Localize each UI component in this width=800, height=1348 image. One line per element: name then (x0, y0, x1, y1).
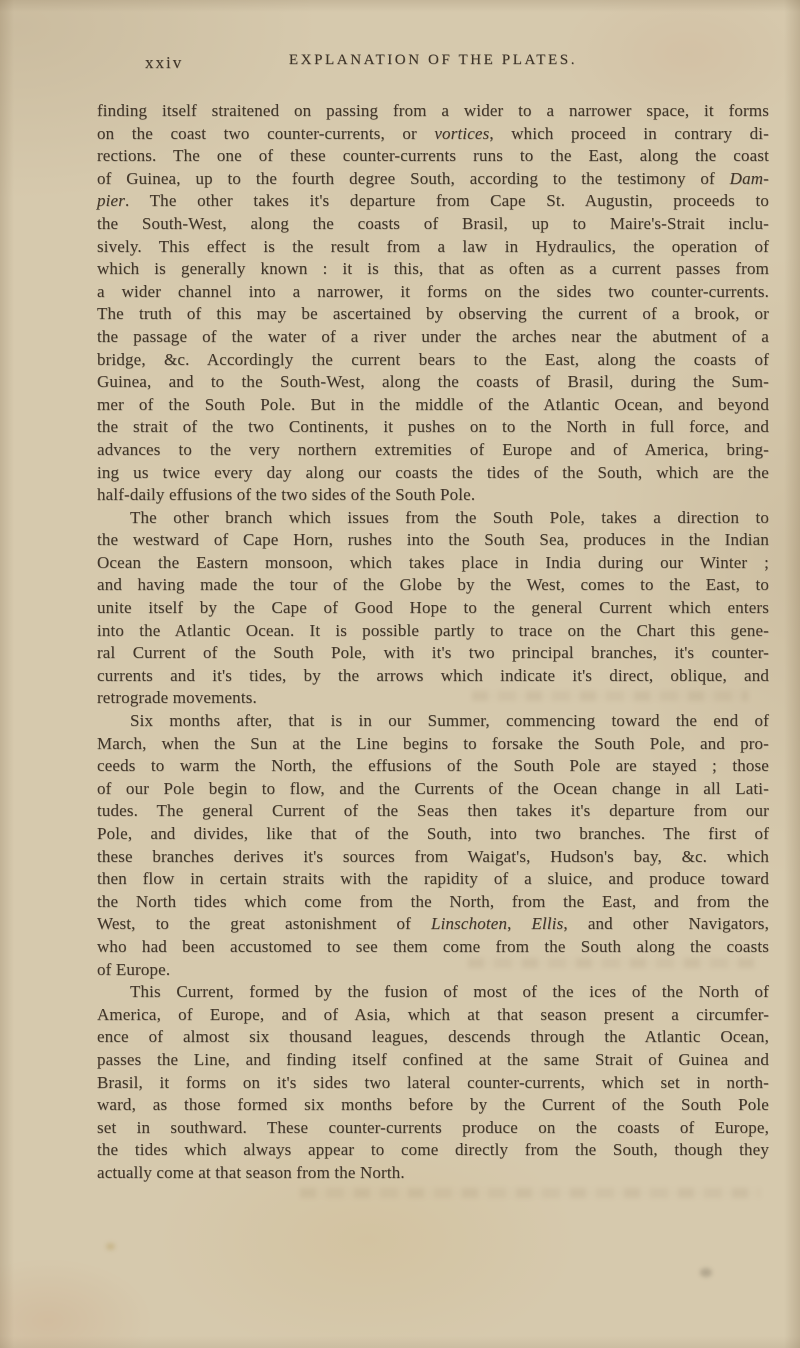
text-line: America, of Europe, and of Asia, which a… (97, 1004, 769, 1027)
paragraph: Six months after, that is in our Summer,… (97, 710, 769, 981)
text-line: Guinea, and to the South-West, along the… (97, 371, 769, 394)
text-line: ing us twice every day along our coasts … (97, 462, 769, 485)
text-line: unite itself by the Cape of Good Hope to… (97, 597, 769, 620)
text-line: ward, as those formed six months before … (97, 1094, 769, 1117)
text-line: Six months after, that is in our Summer,… (97, 710, 769, 733)
text-line: sively. This effect is the result from a… (97, 236, 769, 259)
text-line: set in southward. These counter-currents… (97, 1117, 769, 1140)
bleed-through-smudge (472, 691, 748, 701)
text-line: Pole, and divides, like that of the Sout… (97, 823, 769, 846)
paragraph: finding itself straitened on passing fro… (97, 100, 769, 507)
paper-speck (700, 1268, 712, 1277)
paper-speck (106, 1243, 115, 1250)
text-line: This Current, formed by the fusion of mo… (97, 981, 769, 1004)
text-line: bridge, &c. Accordingly the current bear… (97, 349, 769, 372)
text-line: who had been accustomed to see them come… (97, 936, 769, 959)
book-page: xxiv EXPLANATION OF THE PLATES. finding … (0, 0, 800, 1348)
text-line: advances to the very northern extremitie… (97, 439, 769, 462)
text-line: the strait of the two Continents, it pus… (97, 416, 769, 439)
text-line: pier. The other takes it's departure fro… (97, 190, 769, 213)
page-text: finding itself straitened on passing fro… (97, 100, 769, 1185)
text-line: the westward of Cape Horn, rushes into t… (97, 529, 769, 552)
text-line: mer of the South Pole. But in the middle… (97, 394, 769, 417)
text-line: ral Current of the South Pole, with it's… (97, 642, 769, 665)
text-line: Ocean the Eastern monsoon, which takes p… (97, 552, 769, 575)
text-line: rections. The one of these counter-curre… (97, 145, 769, 168)
text-line: into the Atlantic Ocean. It is possible … (97, 620, 769, 643)
text-line: currents and it's tides, by the arrows w… (97, 665, 769, 688)
text-line: Brasil, it forms on it's sides two later… (97, 1072, 769, 1095)
running-header-title: EXPLANATION OF THE PLATES. (97, 52, 769, 69)
text-line: then flow in certain straits with the ra… (97, 868, 769, 891)
text-line: which is generally known : it is this, t… (97, 258, 769, 281)
text-line: passes the Line, and finding itself conf… (97, 1049, 769, 1072)
text-line: the North tides which come from the Nort… (97, 891, 769, 914)
text-line: the passage of the water of a river unde… (97, 326, 769, 349)
text-line: The truth of this may be ascertained by … (97, 303, 769, 326)
text-line: actually come at that season from the No… (97, 1162, 769, 1185)
page-header: xxiv EXPLANATION OF THE PLATES. (97, 52, 769, 76)
bleed-through-smudge (300, 1188, 760, 1198)
text-line: a wider channel into a narrower, it form… (97, 281, 769, 304)
text-line: tudes. The general Current of the Seas t… (97, 800, 769, 823)
text-line: ence of almost six thousand leagues, des… (97, 1026, 769, 1049)
text-line: of our Pole begin to flow, and the Curre… (97, 778, 769, 801)
paragraph: This Current, formed by the fusion of mo… (97, 981, 769, 1184)
text-line: half-daily effusions of the two sides of… (97, 484, 769, 507)
paragraph: The other branch which issues from the S… (97, 507, 769, 710)
text-line: of Guinea, up to the fourth degree South… (97, 168, 769, 191)
text-line: these branches derives it's sources from… (97, 846, 769, 869)
text-line: the South-West, along the coasts of Bras… (97, 213, 769, 236)
bleed-through-smudge (468, 958, 758, 968)
text-line: and having made the tour of the Globe by… (97, 574, 769, 597)
text-line: The other branch which issues from the S… (97, 507, 769, 530)
text-line: finding itself straitened on passing fro… (97, 100, 769, 123)
text-line: West, to the great astonishment of Linsc… (97, 913, 769, 936)
text-line: on the coast two counter-currents, or vo… (97, 123, 769, 146)
text-line: March, when the Sun at the Line begins t… (97, 733, 769, 756)
text-line: the tides which always appear to come di… (97, 1139, 769, 1162)
text-line: ceeds to warm the North, the effusions o… (97, 755, 769, 778)
